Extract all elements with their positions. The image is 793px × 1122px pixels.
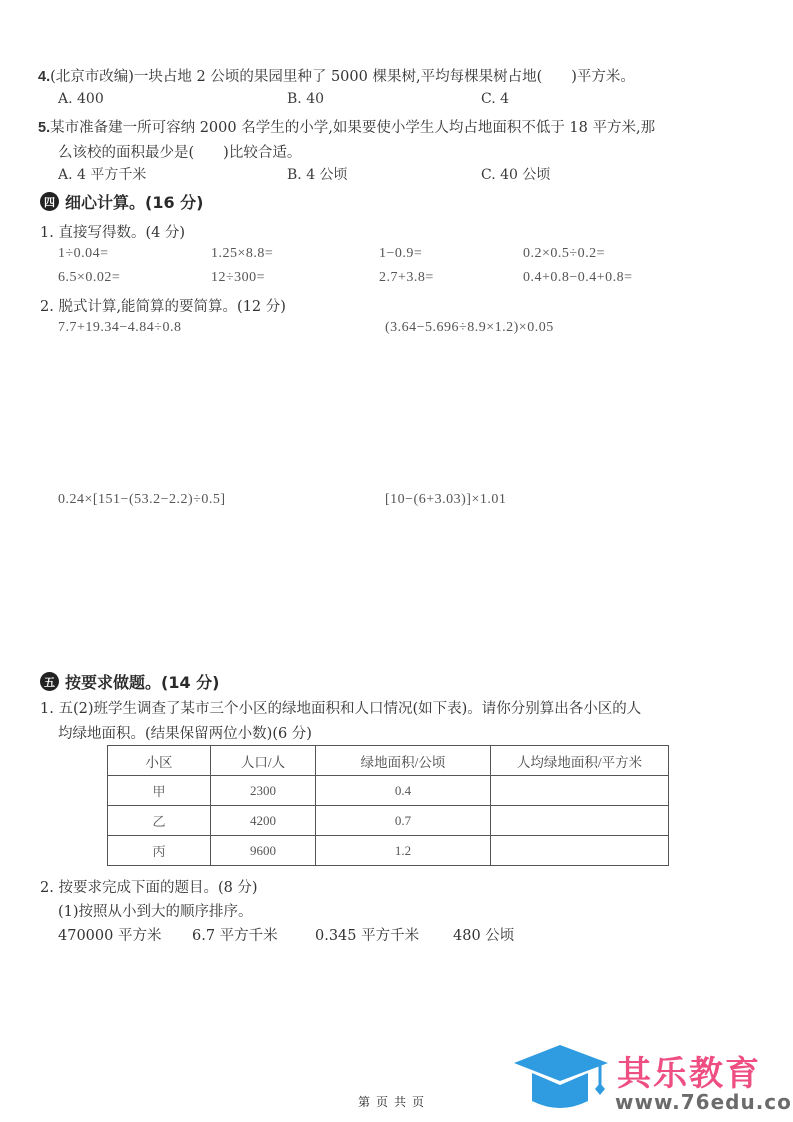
option-a: A. 4 平方千米 xyxy=(58,164,146,184)
table-cell: 0.7 xyxy=(316,806,491,836)
question-5: 5.某市准备建一所可容纳 2000 名学生的小学,如果要使小学生人均占地面积不低… xyxy=(38,116,655,137)
page-number-text: 第页共页 xyxy=(358,1093,430,1110)
green-area-table: 小区 人口/人 绿地面积/公顷 人均绿地面积/平方米 甲 2300 0.4 乙 … xyxy=(107,745,669,866)
sort-item: 470000 平方米 xyxy=(58,924,161,945)
mental-math-item: 1.25×8.8= xyxy=(211,246,273,262)
table-cell: 4200 xyxy=(211,806,316,836)
mental-math-item: 2.7+3.8= xyxy=(379,270,434,286)
question-5-line2: 么该校的面积最少是( )比较合适。 xyxy=(58,141,301,162)
question-number: 5. xyxy=(38,120,50,136)
section-4-heading: 四 细心计算。(16 分) xyxy=(40,190,203,213)
table-cell: 甲 xyxy=(108,776,211,806)
subquestion-title: 2. 按要求完成下面的题目。(8 分) xyxy=(40,876,258,897)
answer-cell[interactable] xyxy=(491,836,669,866)
table-header-row: 小区 人口/人 绿地面积/公顷 人均绿地面积/平方米 xyxy=(108,746,669,776)
mental-math-item: 0.2×0.5÷0.2= xyxy=(523,246,605,262)
option-c: C. 40 公顷 xyxy=(481,164,550,184)
answer-cell[interactable] xyxy=(491,806,669,836)
table-row: 甲 2300 0.4 xyxy=(108,776,669,806)
question-4: 4.(北京市改编)一块占地 2 公顷的果园里种了 5000 棵果树,平均每棵果树… xyxy=(38,65,635,86)
table-row: 乙 4200 0.7 xyxy=(108,806,669,836)
answer-cell[interactable] xyxy=(491,776,669,806)
calculation-problem: (3.64−5.696÷8.9×1.2)×0.05 xyxy=(385,320,554,336)
option-c: C. 4 xyxy=(481,91,509,107)
question-text: 均绿地面积。(结果保留两位小数)(6 分) xyxy=(58,722,312,743)
table-cell: 9600 xyxy=(211,836,316,866)
table-header: 人口/人 xyxy=(211,746,316,776)
brand-url: www.76edu.com xyxy=(615,1090,793,1114)
table-cell: 1.2 xyxy=(316,836,491,866)
section-title: 细心计算。(16 分) xyxy=(65,190,203,213)
table-cell: 0.4 xyxy=(316,776,491,806)
table-header: 人均绿地面积/平方米 xyxy=(491,746,669,776)
question-text: 1. 五(2)班学生调查了某市三个小区的绿地面积和人口情况(如下表)。请你分别算… xyxy=(40,697,641,718)
option-a: A. 400 xyxy=(58,91,104,107)
mental-math-item: 6.5×0.02= xyxy=(58,270,120,286)
option-b: B. 4 公顷 xyxy=(287,164,348,184)
table-cell: 乙 xyxy=(108,806,211,836)
option-b: B. 40 xyxy=(287,91,324,107)
mental-math-item: 1−0.9= xyxy=(379,246,422,262)
question-number: 4. xyxy=(38,69,50,85)
subquestion-title: 2. 脱式计算,能简算的要简算。(12 分) xyxy=(40,295,286,316)
table-header: 小区 xyxy=(108,746,211,776)
brand-name: 其乐教育 xyxy=(617,1046,761,1095)
mental-math-item: 0.4+0.8−0.4+0.8= xyxy=(523,270,633,286)
mental-math-item: 1÷0.04= xyxy=(58,246,109,262)
calculation-problem: 7.7+19.34−4.84÷0.8 xyxy=(58,320,181,336)
question-text: 某市准备建一所可容纳 2000 名学生的小学,如果要使小学生人均占地面积不低于 … xyxy=(50,120,655,136)
calculation-problem: [10−(6+3.03)]×1.01 xyxy=(385,492,506,508)
table-cell: 2300 xyxy=(211,776,316,806)
table-header: 绿地面积/公顷 xyxy=(316,746,491,776)
graduation-cap-icon xyxy=(512,1043,612,1113)
table-row: 丙 9600 1.2 xyxy=(108,836,669,866)
subquestion-title: 1. 直接写得数。(4 分) xyxy=(40,221,185,242)
sort-item: 0.345 平方千米 xyxy=(315,924,419,945)
question-text: (北京市改编)一块占地 2 公顷的果园里种了 5000 棵果树,平均每棵果树占地… xyxy=(50,69,635,85)
section-5-heading: 五 按要求做题。(14 分) xyxy=(40,670,219,693)
section-title: 按要求做题。(14 分) xyxy=(65,670,219,693)
sort-item: 480 公顷 xyxy=(453,924,514,945)
subquestion-part: (1)按照从小到大的顺序排序。 xyxy=(58,900,253,921)
section-number-badge: 五 xyxy=(40,672,59,691)
mental-math-item: 12÷300= xyxy=(211,270,265,286)
table-cell: 丙 xyxy=(108,836,211,866)
calculation-problem: 0.24×[151−(53.2−2.2)÷0.5] xyxy=(58,492,226,508)
sort-item: 6.7 平方千米 xyxy=(192,924,278,945)
section-number-badge: 四 xyxy=(40,192,59,211)
